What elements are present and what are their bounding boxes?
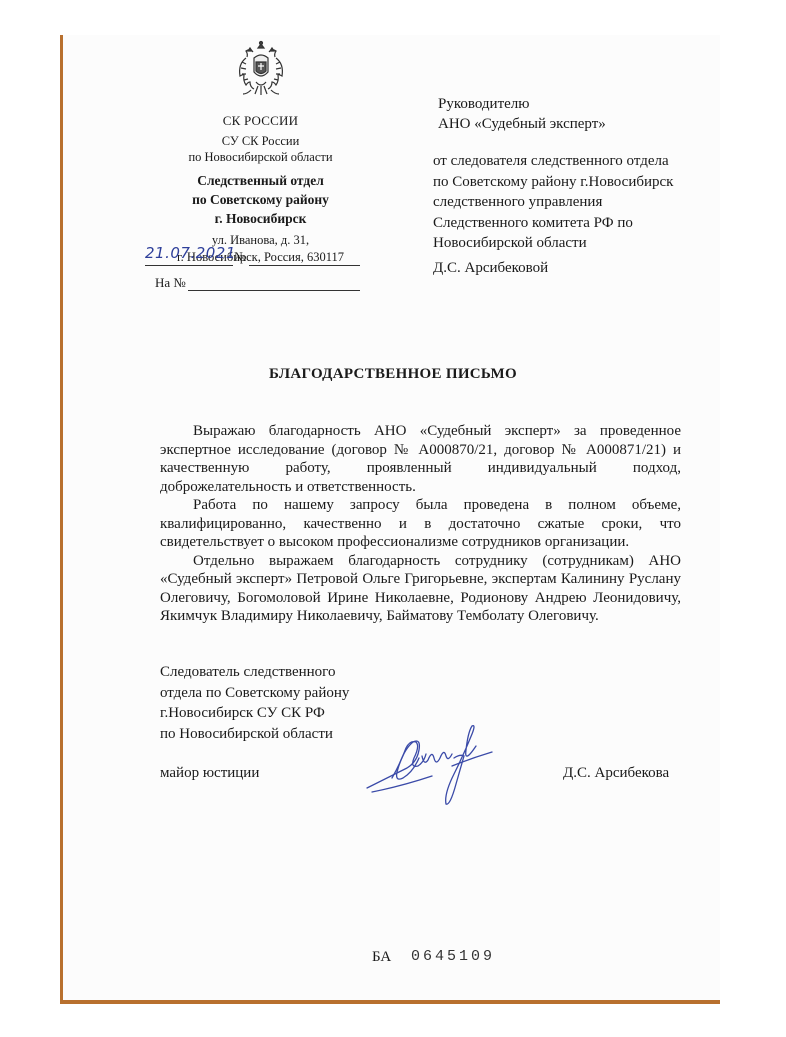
addressee-line-2: АНО «Судебный эксперт»	[438, 114, 606, 134]
org-name-top: СК РОССИИ	[133, 112, 388, 129]
sender-line: следственного управления	[433, 192, 673, 213]
sender-line: от следователя следственного отдела	[433, 151, 673, 172]
dept-name-3: г. Новосибирск	[133, 209, 388, 228]
form-series: БА	[372, 949, 391, 966]
number-label: №	[234, 249, 246, 265]
body-paragraph: Выражаю благодарность АНО «Судебный эксп…	[160, 422, 681, 496]
org-sub-2: по Новосибирской области	[133, 149, 388, 165]
coat-of-arms-icon	[236, 40, 286, 102]
date-underline	[145, 265, 233, 266]
document-title: БЛАГОДАРСТВЕННОЕ ПИСЬМО	[0, 366, 786, 383]
body-paragraph: Отдельно выражаем благодарность сотрудни…	[160, 552, 681, 626]
signatory-rank: майор юстиции	[160, 765, 259, 782]
reference-label: На №	[155, 275, 186, 291]
handwritten-date: 21.07.2021	[145, 244, 236, 262]
handwritten-signature-icon	[362, 720, 512, 810]
body-paragraph: Работа по нашему запросу была проведена …	[160, 496, 681, 552]
position-line: г.Новосибирск СУ СК РФ	[160, 703, 349, 724]
position-line: по Новосибирской области	[160, 724, 349, 745]
org-sub-1: СУ СК России	[133, 133, 388, 149]
addressee-line-1: Руководителю	[438, 94, 606, 114]
signatory-position: Следователь следственного отдела по Сове…	[160, 662, 349, 744]
date-number-row: 21.07.2021 №	[145, 248, 360, 268]
sender-line: по Советскому району г.Новосибирск	[433, 172, 673, 193]
reference-row: На №	[155, 275, 360, 295]
addressee-block: Руководителю АНО «Судебный эксперт»	[438, 94, 606, 134]
sender-line: Новосибирской области	[433, 233, 673, 254]
letterhead: СК РОССИИ СУ СК России по Новосибирской …	[133, 40, 388, 266]
sender-name: Д.С. Арсибековой	[433, 260, 548, 277]
dept-name-1: Следственный отдел	[133, 171, 388, 190]
form-serial-number: 0645109	[411, 948, 495, 965]
signatory-name: Д.С. Арсибекова	[563, 765, 669, 782]
sender-line: Следственного комитета РФ по	[433, 213, 673, 234]
position-line: Следователь следственного	[160, 662, 349, 683]
reference-underline	[188, 290, 360, 291]
letter-body: Выражаю благодарность АНО «Судебный эксп…	[160, 422, 681, 626]
position-line: отдела по Советскому району	[160, 683, 349, 704]
sender-block: от следователя следственного отдела по С…	[433, 151, 673, 254]
dept-name-2: по Советскому району	[133, 190, 388, 209]
number-underline	[249, 265, 360, 266]
